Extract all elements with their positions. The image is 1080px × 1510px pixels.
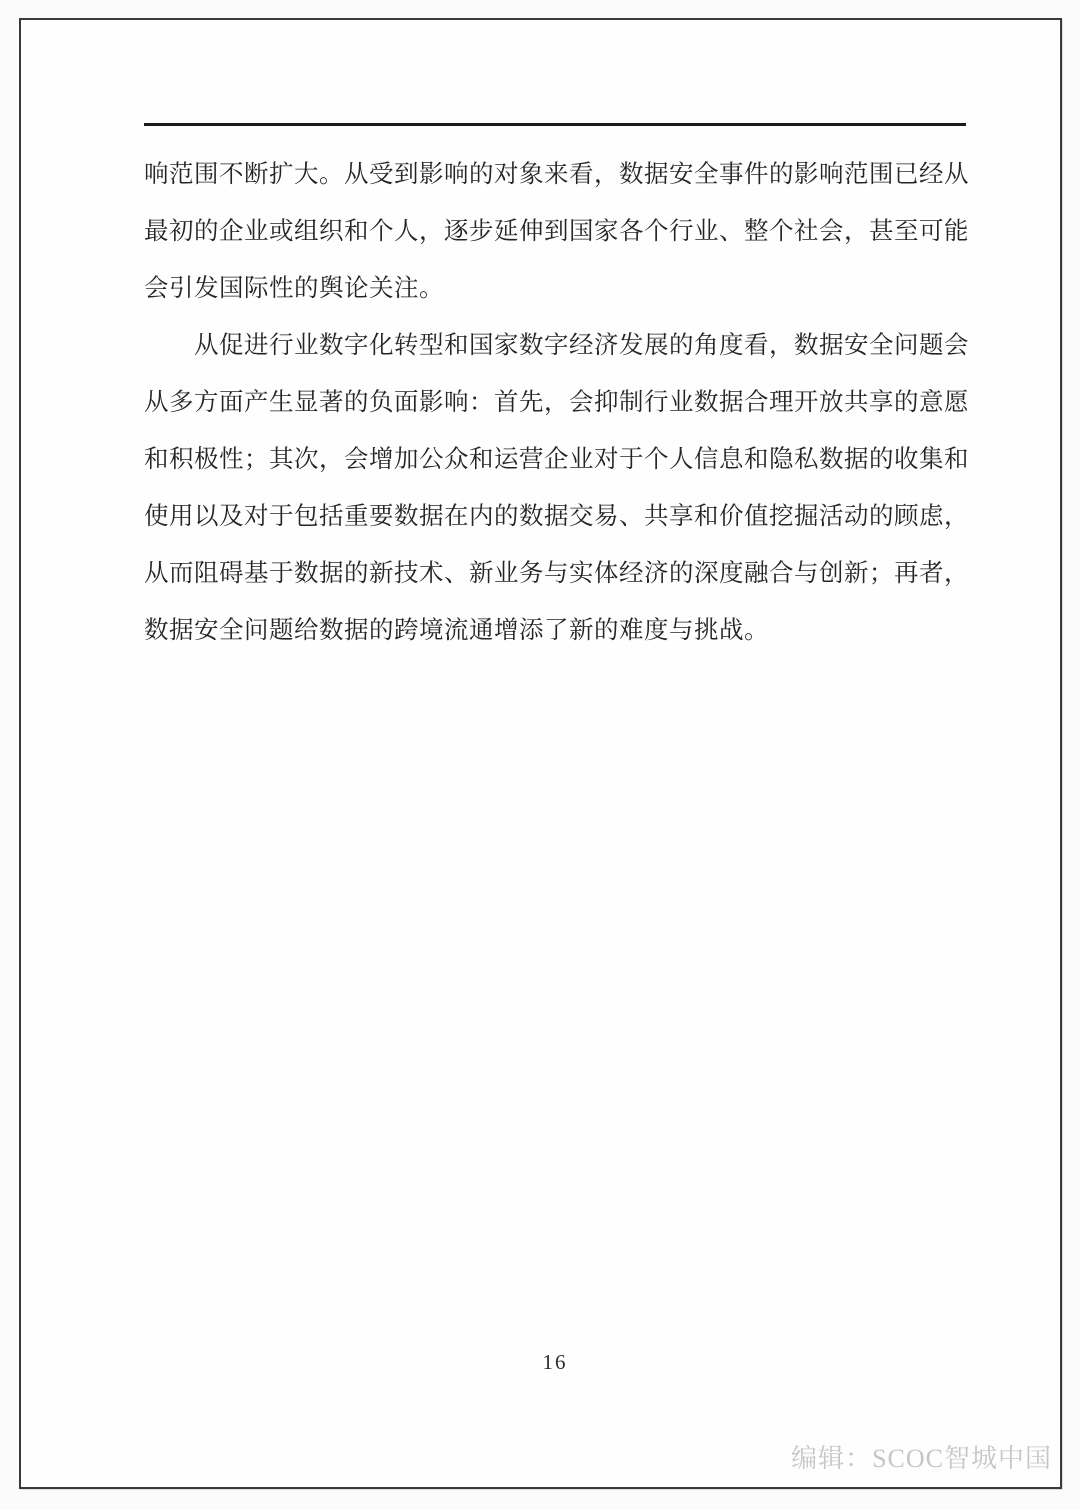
page-number: 16 [144,1350,966,1375]
header-rule [144,123,966,126]
paragraph-2-line-2: 从多方面产生显著的负面影响：首先，会抑制行业数据合理开放共享的意愿 [144,374,966,431]
document-page: 响范围不断扩大。从受到影响的对象来看，数据安全事件的影响范围已经从 最初的企业或… [19,18,1062,1489]
screenshot-canvas: 响范围不断扩大。从受到影响的对象来看，数据安全事件的影响范围已经从 最初的企业或… [0,0,1080,1510]
paragraph-2-line-5: 从而阻碍基于数据的新技术、新业务与实体经济的深度融合与创新；再者， [144,545,966,602]
editor-watermark: 编辑：SCOC智城中国 [791,1438,1052,1475]
paragraph-1-line-2: 最初的企业或组织和个人，逐步延伸到国家各个行业、整个社会，甚至可能 [144,203,966,260]
paragraph-2-line-4: 使用以及对于包括重要数据在内的数据交易、共享和价值挖掘活动的顾虑， [144,488,966,545]
paragraph-2-line-3: 和积极性；其次，会增加公众和运营企业对于个人信息和隐私数据的收集和 [144,431,966,488]
paragraph-2-line-1: 从促进行业数字化转型和国家数字经济发展的角度看，数据安全问题会 [144,317,966,374]
paragraph-1-line-3: 会引发国际性的舆论关注。 [144,260,966,317]
body-text: 响范围不断扩大。从受到影响的对象来看，数据安全事件的影响范围已经从 最初的企业或… [144,146,966,659]
paragraph-2-line-6: 数据安全问题给数据的跨境流通增添了新的难度与挑战。 [144,602,966,659]
paragraph-1-line-1: 响范围不断扩大。从受到影响的对象来看，数据安全事件的影响范围已经从 [144,146,966,203]
